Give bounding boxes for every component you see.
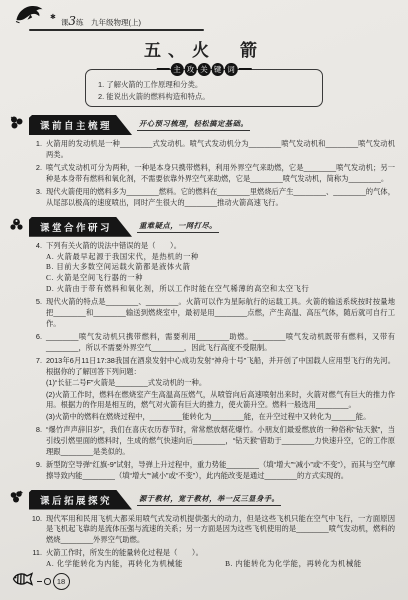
question-8: 8. “爆竹声声辞旧岁”，我们在喜庆农历春节时，常常燃放烟花爆竹。小朋友们最爱燃… bbox=[25, 425, 395, 457]
question-number: 10. bbox=[25, 514, 46, 546]
question-text: 火箭用的发动机是一种________式发动机。喷气式发动机分为________喷… bbox=[46, 139, 395, 161]
question-number: 1. bbox=[25, 139, 46, 161]
question-number: 11. bbox=[25, 548, 46, 570]
section-1-header: 课前自主梳理 开心预习梳理，轻松搞定基础。 bbox=[9, 115, 395, 135]
question-7: 7. 2013年6月11日17:38我国在酒泉发射中心成功发射“神舟十号”飞船，… bbox=[25, 356, 395, 422]
badge-char: 键 bbox=[211, 63, 224, 76]
objectives-box: 主 攻 关 键 词 1. 了解火箭的工作原理和分类。 2. 能说出火箭的燃料构造… bbox=[85, 69, 323, 107]
question-number: 6. bbox=[25, 332, 46, 354]
option-b: B. 目前大多数空间运载火箭都是液体火箭 bbox=[46, 262, 395, 273]
question-body: 下列有关火箭的说法中错误的是（ ）。 A. 火箭最早起源于我国宋代，是热机的一种… bbox=[46, 241, 395, 295]
question-stem: 下列有关火箭的说法中错误的是（ ）。 bbox=[46, 241, 395, 252]
question-number: 2. bbox=[25, 163, 46, 185]
question-part-3: (3)火箭中的燃料在燃烧过程中，________能转化为________能，在升… bbox=[46, 412, 395, 423]
subject-label: 九年级物理(上) bbox=[91, 18, 141, 27]
option-c: C. 火箭是空间飞行器的一种 bbox=[46, 273, 395, 284]
badge-line bbox=[238, 68, 251, 70]
section-1-subtitle: 开心预习梳理，轻松搞定基础。 bbox=[137, 119, 250, 131]
question-text: 现代军用和民用飞机大都采用喷气式发动机提供强大的动力，但是这些飞机只能在空气中飞… bbox=[46, 514, 395, 546]
question-1: 1. 火箭用的发动机是一种________式发动机。喷气式发动机分为______… bbox=[25, 139, 395, 161]
badge-char: 主 bbox=[171, 63, 184, 76]
badge-line bbox=[157, 68, 170, 70]
page-title: 五、火 箭 bbox=[13, 36, 395, 61]
option-b: B. 内能转化为化学能，再转化为机械能 bbox=[225, 559, 362, 570]
bubble-icon bbox=[44, 578, 51, 585]
question-text: “爆竹声声辞旧岁”，我们在喜庆农历春节时，常常燃放烟花爆竹。小朋友们最爱燃放的一… bbox=[46, 425, 395, 457]
question-text: 新型防空导弹“红旗-9”试射，导弹上升过程中，重力势能________（填“增大… bbox=[46, 460, 395, 482]
section-2-subtitle: 重难疑点，一网打尽。 bbox=[137, 221, 219, 233]
question-text: 现代火箭的特点是________、________。火箭可以作为星际航行的运载工… bbox=[46, 297, 395, 329]
objective-item: 1. 了解火箭的工作原理和分类。 bbox=[98, 79, 310, 91]
question-5: 5. 现代火箭的特点是________、________。火箭可以作为星际航行的… bbox=[25, 297, 395, 329]
question-6: 6. ________喷气发动机只携带燃料，需要利用________助燃。___… bbox=[25, 332, 395, 354]
badge-char: 攻 bbox=[184, 63, 197, 76]
option-a: A. 化学能转化为内能，再转化为机械能 bbox=[46, 559, 183, 570]
star-icon: ✱ bbox=[50, 14, 56, 21]
question-text: 现代火箭使用的燃料多为________燃料。它的燃料在________里燃烧后产… bbox=[46, 187, 395, 209]
question-number: 7. bbox=[25, 356, 46, 422]
section-1-questions: 1. 火箭用的发动机是一种________式发动机。喷气式发动机分为______… bbox=[13, 139, 395, 209]
option-d: D. 火箭由于带有燃料和氧化剂，所以工作时能在空气稀薄的高空和太空飞行 bbox=[46, 284, 395, 295]
question-9: 9. 新型防空导弹“红旗-9”试射，导弹上升过程中，重力势能________（填… bbox=[25, 460, 395, 482]
section-2-banner: 课堂合作研习 bbox=[29, 217, 132, 237]
mascot-icon bbox=[9, 490, 24, 510]
question-stem: 火箭工作时，所发生的能量转化过程是（ ）。 bbox=[46, 548, 395, 559]
question-part-1: (1)“长征二号F”火箭是________式发动机的一种。 bbox=[46, 378, 395, 389]
question-number: 4. bbox=[25, 241, 46, 295]
page-footer: 18 bbox=[11, 570, 70, 593]
question-4: 4. 下列有关火箭的说法中错误的是（ ）。 A. 火箭最早起源于我国宋代，是热机… bbox=[25, 241, 395, 295]
badge-char: 关 bbox=[198, 63, 211, 76]
question-part-2: (2)火箭工作时，燃料在燃烧室产生高温高压燃气，从喷管向后高速喷射出来时，火箭对… bbox=[46, 390, 395, 412]
question-body: 火箭工作时，所发生的能量转化过程是（ ）。 A. 化学能转化为内能，再转化为机械… bbox=[46, 548, 395, 570]
page-number: 18 bbox=[53, 573, 70, 590]
option-a: A. 火箭最早起源于我国宋代，是热机的一种 bbox=[46, 252, 395, 263]
question-number: 3. bbox=[25, 187, 46, 209]
series-label: 课3练 九年级物理(上) bbox=[61, 14, 141, 28]
question-2: 2. 喷气式发动机可分为两种，一种是本身只携带燃料，利用外界空气来助燃，它是__… bbox=[25, 163, 395, 185]
section-3-subtitle: 源于教材，宽于教材，举一反三显身手。 bbox=[137, 494, 281, 506]
section-1-banner: 课前自主梳理 bbox=[29, 115, 132, 135]
question-body: 2013年6月11日17:38我国在酒泉发射中心成功发射“神舟十号”飞船，并开创… bbox=[46, 356, 395, 422]
objectives-badge: 主 攻 关 键 词 bbox=[157, 63, 252, 76]
question-text: ________喷气发动机只携带燃料，需要利用________助燃。______… bbox=[46, 332, 395, 354]
question-number: 9. bbox=[25, 460, 46, 482]
question-11: 11. 火箭工作时，所发生的能量转化过程是（ ）。 A. 化学能转化为内能，再转… bbox=[25, 548, 395, 570]
options-row: A. 化学能转化为内能，再转化为机械能 B. 内能转化为化学能，再转化为机械能 bbox=[46, 559, 395, 570]
section-3-header: 课后拓展探究 源于教材，宽于教材，举一反三显身手。 bbox=[9, 490, 395, 510]
workbook-page: ✱ 课3练 九年级物理(上) 五、火 箭 主 攻 关 键 词 1. 了解火箭的工… bbox=[0, 0, 408, 600]
dolphin-logo-icon bbox=[15, 3, 45, 29]
fish-icon bbox=[11, 570, 35, 593]
question-3: 3. 现代火箭使用的燃料多为________燃料。它的燃料在________里燃… bbox=[25, 187, 395, 209]
mascot-icon bbox=[9, 115, 24, 135]
question-text: 喷气式发动机可分为两种，一种是本身只携带燃料，利用外界空气来助燃，它是_____… bbox=[46, 163, 395, 185]
objective-item: 2. 能说出火箭的燃料构造和特点。 bbox=[98, 91, 310, 103]
question-10: 10. 现代军用和民用飞机大都采用喷气式发动机提供强大的动力，但是这些飞机只能在… bbox=[25, 514, 395, 546]
header-rule bbox=[29, 29, 204, 31]
section-3-banner: 课后拓展探究 bbox=[29, 490, 132, 510]
bubble-line bbox=[37, 581, 42, 582]
question-number: 5. bbox=[25, 297, 46, 329]
section-3-questions: 10. 现代军用和民用飞机大都采用喷气式发动机提供强大的动力，但是这些飞机只能在… bbox=[13, 514, 395, 570]
question-stem: 2013年6月11日17:38我国在酒泉发射中心成功发射“神舟十号”飞船，并开创… bbox=[46, 356, 395, 378]
page-header: ✱ 课3练 九年级物理(上) bbox=[15, 7, 395, 29]
section-2-questions: 4. 下列有关火箭的说法中错误的是（ ）。 A. 火箭最早起源于我国宋代，是热机… bbox=[13, 241, 395, 482]
mascot-icon bbox=[9, 217, 24, 237]
section-2-header: 课堂合作研习 重难疑点，一网打尽。 bbox=[9, 217, 395, 237]
badge-char: 词 bbox=[225, 63, 238, 76]
question-number: 8. bbox=[25, 425, 46, 457]
